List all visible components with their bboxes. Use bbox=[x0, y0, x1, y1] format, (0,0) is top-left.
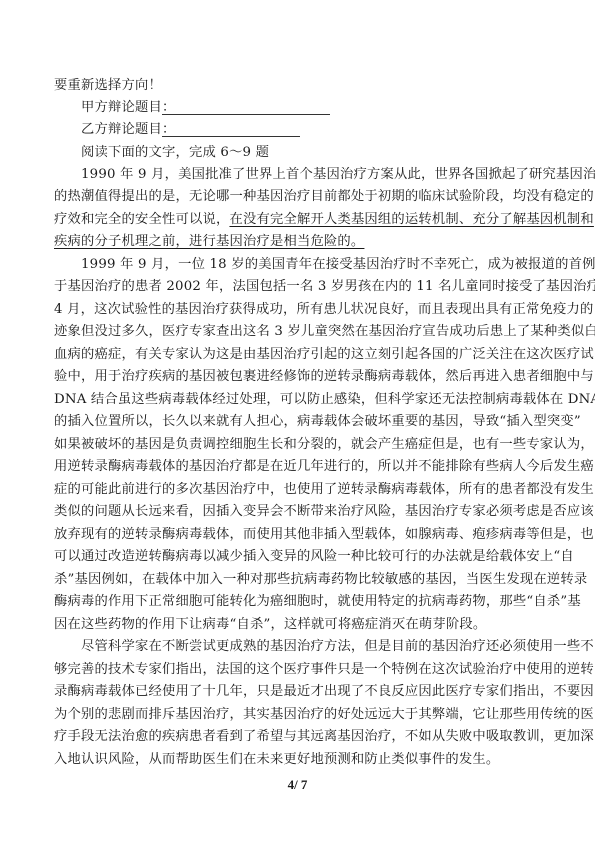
paragraph-2-line: 用逆转录酶病毒载体的基因治疗都是在近几年进行的，所以并不能排除有些病人今后发生癌 bbox=[54, 458, 542, 476]
paragraph-2-line: 可以通过改造逆转酶病毒以减少插入变异的风险一种比较可行的办法就是给载体安上“自 bbox=[54, 548, 542, 566]
side-a-answer-blank[interactable] bbox=[162, 114, 330, 115]
underlined-key-sentence: 在没有完全解开人类基因组的运转机制、充分了解基因机制和 bbox=[229, 211, 593, 229]
paragraph-2-line: 1999 年 9 月，一位 18 岁的美国青年在接受基因治疗时不幸死亡，成为被报… bbox=[81, 256, 542, 274]
paragraph-2-line: 症的可能此前进行的多次基因治疗中，也使用了逆转录酶病毒载体，所有的患者都没有发生 bbox=[54, 481, 542, 499]
paragraph-3-line: 够完善的技术专家们指出，法国的这个医疗事件只是一个特例在这次试验治疗中使用的逆转 bbox=[54, 661, 542, 679]
paragraph-2-line: DNA 结合虽这些病毒载体经过处理，可以防止感染，但科学家还无法控制病毒载体在 … bbox=[54, 391, 542, 409]
paragraph-1-line: 的热潮值得提出的是，无论哪一种基因治疗目前都处于初期的临床试验阶段，均没有稳定的 bbox=[54, 188, 542, 206]
intro-line: 要重新选择方向！ bbox=[54, 77, 542, 95]
paragraph-2-line: 血病的癌症，有关专家认为这是由基因治疗引起的这立刻引起各国的广泛关注在这次医疗试 bbox=[54, 346, 542, 364]
paragraph-1-line: 1990 年 9 月，美国批准了世界上首个基因治疗方案从此，世界各国掀起了研究基… bbox=[81, 166, 542, 184]
paragraph-1-text: 疗效和完全的安全性可以说， bbox=[54, 211, 229, 229]
paragraph-3-line: 尽管科学家在不断尝试更成熟的基因治疗方法，但是目前的基因治疗还必须使用一些不 bbox=[81, 638, 542, 656]
reading-instruction: 阅读下面的文字，完成 6～9 题 bbox=[81, 144, 542, 162]
underlined-key-sentence: 疾病的分子机理之前，进行基因治疗是相当危险的。 bbox=[54, 234, 364, 249]
paragraph-3-line: 为个别的悲剧而排斥基因治疗，其实基因治疗的好处远远大于其弊端，它让那些用传统的医 bbox=[54, 706, 542, 724]
page-number: 4/ 7 bbox=[0, 777, 595, 793]
paragraph-3-line: 入地认识风险，从而帮助医生们在未来更好地预测和防止类似事件的发生。 bbox=[54, 751, 542, 769]
paragraph-3-line: 录酶病毒载体已经使用了十几年，只是最近才出现了不良反应因此医疗专家们指出，不要因 bbox=[54, 683, 542, 701]
paragraph-2-line: 类似的问题从长远来看，因插入变异会不断带来治疗风险，基因治疗专家必须考虑是否应该 bbox=[54, 503, 542, 521]
side-b-answer-blank[interactable] bbox=[162, 136, 300, 137]
paragraph-2-line: 因在这些药物的作用下让病毒“自杀”，这样就可将癌症消灭在萌芽阶段。 bbox=[54, 616, 542, 634]
paragraph-2-line: 如果被破坏的基因是负责调控细胞生长和分裂的，就会产生癌症但是，也有一些专家认为， bbox=[54, 436, 542, 454]
paragraph-2-line: 迹象但没过多久，医疗专家查出这名 3 岁儿童突然在基因治疗宣告成功后患上了某种类… bbox=[54, 323, 542, 341]
paragraph-2-line: 于基因治疗的患者 2002 年，法国包括一名 3 岁男孩在内的 11 名儿童同时… bbox=[54, 278, 542, 296]
paragraph-1-line: 疗效和完全的安全性可以说， 在没有完全解开人类基因组的运转机制、充分了解基因机制… bbox=[54, 211, 542, 229]
document-page: 要重新选择方向！ 甲方辩论题目： 乙方辩论题目： 阅读下面的文字，完成 6～9 … bbox=[0, 0, 595, 841]
side-b-debate-label: 乙方辩论题目： bbox=[81, 121, 542, 139]
paragraph-2-line: 的插入位置所以，长久以来就有人担心，病毒载体会破坏重要的基因，导致“插入型突变” bbox=[54, 413, 542, 431]
paragraph-2-line: 验中，用于治疗疾病的基因被包裹进经修饰的逆转录酶病毒载体，然后再进入患者细胞中与 bbox=[54, 368, 542, 386]
paragraph-2-line: 杀”基因例如，在载体中加入一种对那些抗病毒药物比较敏感的基因，当医生发现在逆转录 bbox=[54, 571, 542, 589]
paragraph-1-line: 疾病的分子机理之前，进行基因治疗是相当危险的。 bbox=[54, 233, 542, 251]
paragraph-3-line: 疗手段无法治愈的疾病患者看到了希望与其远离基因治疗，不如从失败中吸取教训，更加深 bbox=[54, 728, 542, 746]
paragraph-2-line: 4 月，这次试验性的基因治疗获得成功，所有患儿状况良好，而且表现出具有正常免疫力… bbox=[54, 301, 542, 319]
paragraph-2-line: 酶病毒的作用下正常细胞可能转化为癌细胞时，就使用特定的抗病毒药物，那些“自杀”基 bbox=[54, 593, 542, 611]
paragraph-2-line: 放弃现有的逆转录酶病毒载体，而使用其他非插入型载体，如腺病毒、疱疹病毒等但是，也 bbox=[54, 526, 542, 544]
